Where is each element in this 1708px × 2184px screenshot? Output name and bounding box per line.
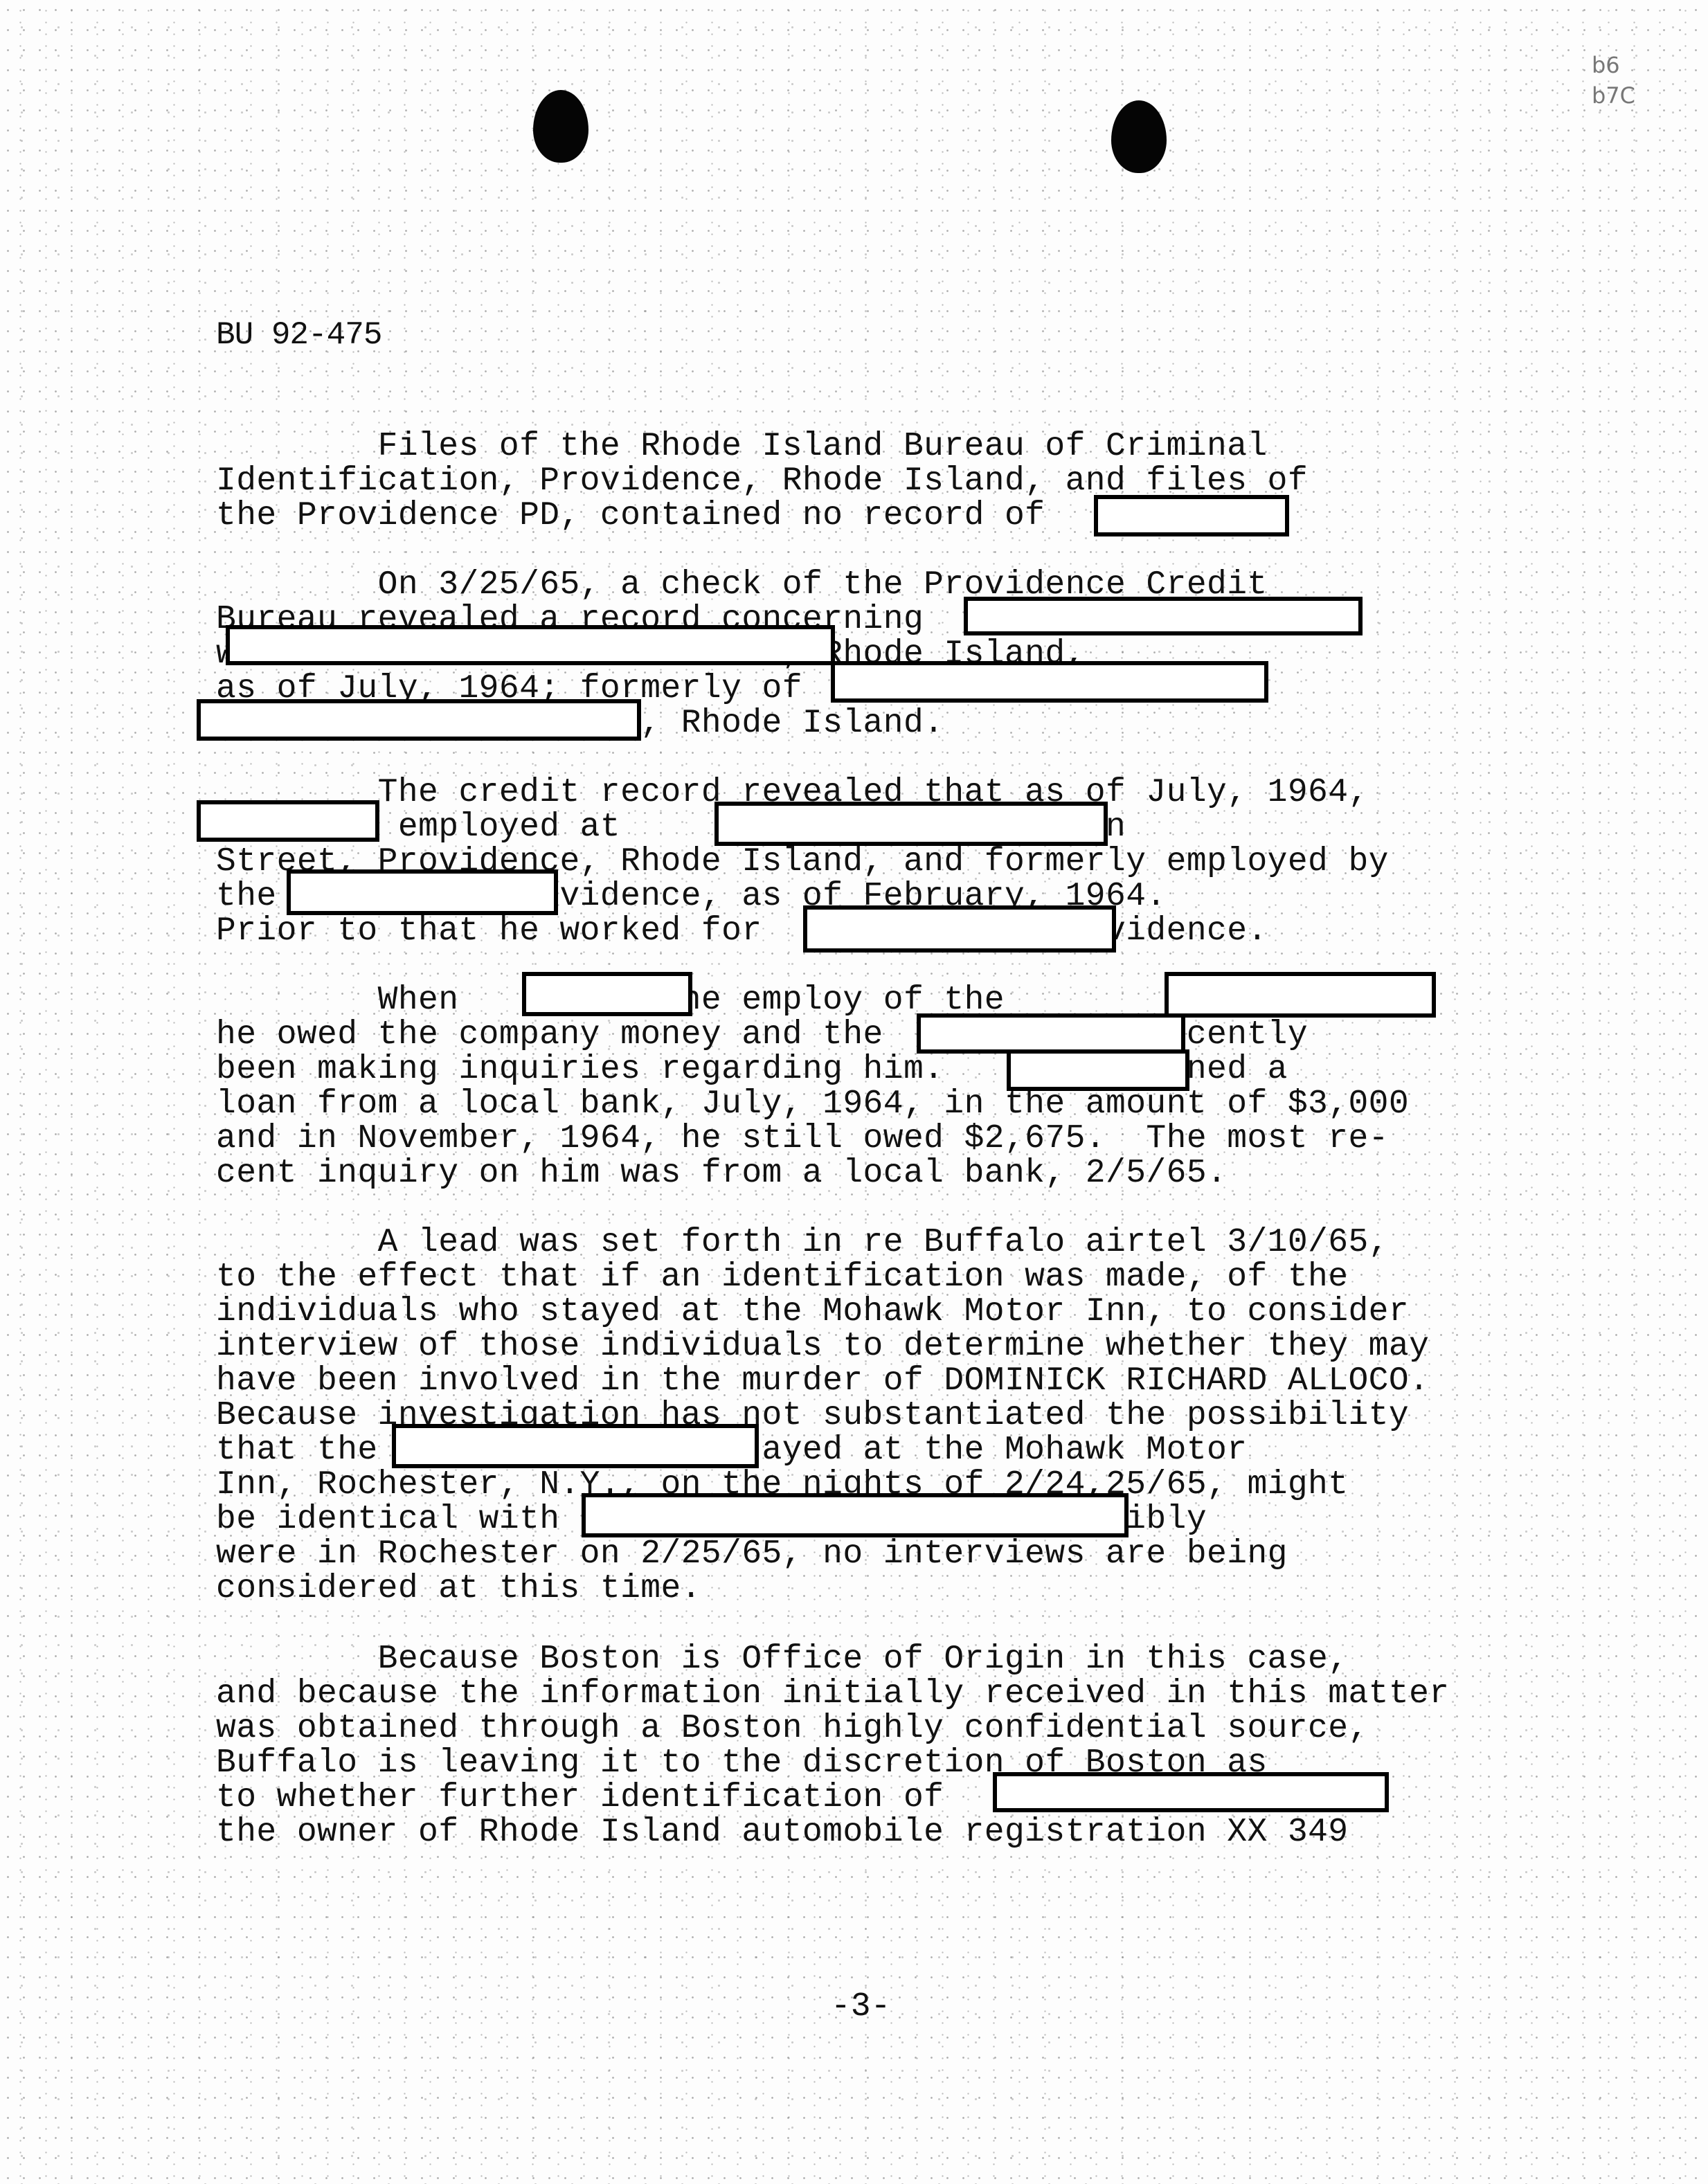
text-line: Identification, Providence, Rhode Island… — [216, 464, 1308, 498]
text-line: Files of the Rhode Island Bureau of Crim… — [216, 429, 1268, 464]
text-line: Because Boston is Office of Origin in th… — [216, 1642, 1348, 1677]
text-line: cent inquiry on him was from a local ban… — [216, 1156, 1227, 1191]
text-line: interview of those individuals to determ… — [216, 1329, 1429, 1364]
redaction-box — [392, 1424, 759, 1468]
redaction-box — [993, 1772, 1389, 1812]
text-line: the Providence PD, contained no record o… — [216, 498, 1045, 533]
redaction-box — [1094, 495, 1289, 536]
redaction-box — [226, 625, 835, 665]
punch-hole-left — [533, 90, 588, 163]
text-line: considered at this time. — [216, 1571, 701, 1606]
file-number: BU 92-475 — [216, 317, 381, 353]
redaction-box — [582, 1493, 1129, 1537]
redaction-box — [803, 905, 1116, 953]
redaction-box — [831, 661, 1268, 703]
exemption-code: b6 — [1592, 50, 1635, 80]
punch-hole-right — [1111, 100, 1167, 173]
redaction-box — [1165, 972, 1436, 1018]
redaction-box — [197, 800, 379, 842]
page-number: -3- — [831, 1988, 890, 2025]
text-line: were in Rochester on 2/25/65, no intervi… — [216, 1537, 1288, 1571]
redaction-box — [522, 972, 692, 1016]
text-line: and because the information initially re… — [216, 1677, 1450, 1711]
text-line: When left the employ of the , — [216, 983, 1227, 1018]
text-line: to the effect that if an identification … — [216, 1260, 1348, 1294]
text-line: loan from a local bank, July, 1964, in t… — [216, 1087, 1409, 1121]
exemption-code: b7C — [1592, 80, 1635, 111]
redaction-box — [197, 699, 641, 741]
redaction-box — [1007, 1049, 1189, 1091]
text-line: individuals who stayed at the Mohawk Mot… — [216, 1294, 1409, 1329]
text-line: to whether further identification of — [216, 1780, 944, 1815]
text-line: and in November, 1964, he still owed $2,… — [216, 1121, 1389, 1156]
text-line: was obtained through a Boston highly con… — [216, 1711, 1369, 1746]
text-line: have been involved in the murder of DOMI… — [216, 1364, 1429, 1398]
exemption-codes: b6 b7C — [1592, 50, 1635, 111]
redaction-box — [917, 1013, 1185, 1054]
redaction-box — [714, 802, 1108, 846]
redaction-box — [287, 869, 558, 915]
redaction-box — [964, 597, 1363, 635]
text-line: the owner of Rhode Island automobile reg… — [216, 1815, 1348, 1850]
text-line: A lead was set forth in re Buffalo airte… — [216, 1225, 1389, 1260]
